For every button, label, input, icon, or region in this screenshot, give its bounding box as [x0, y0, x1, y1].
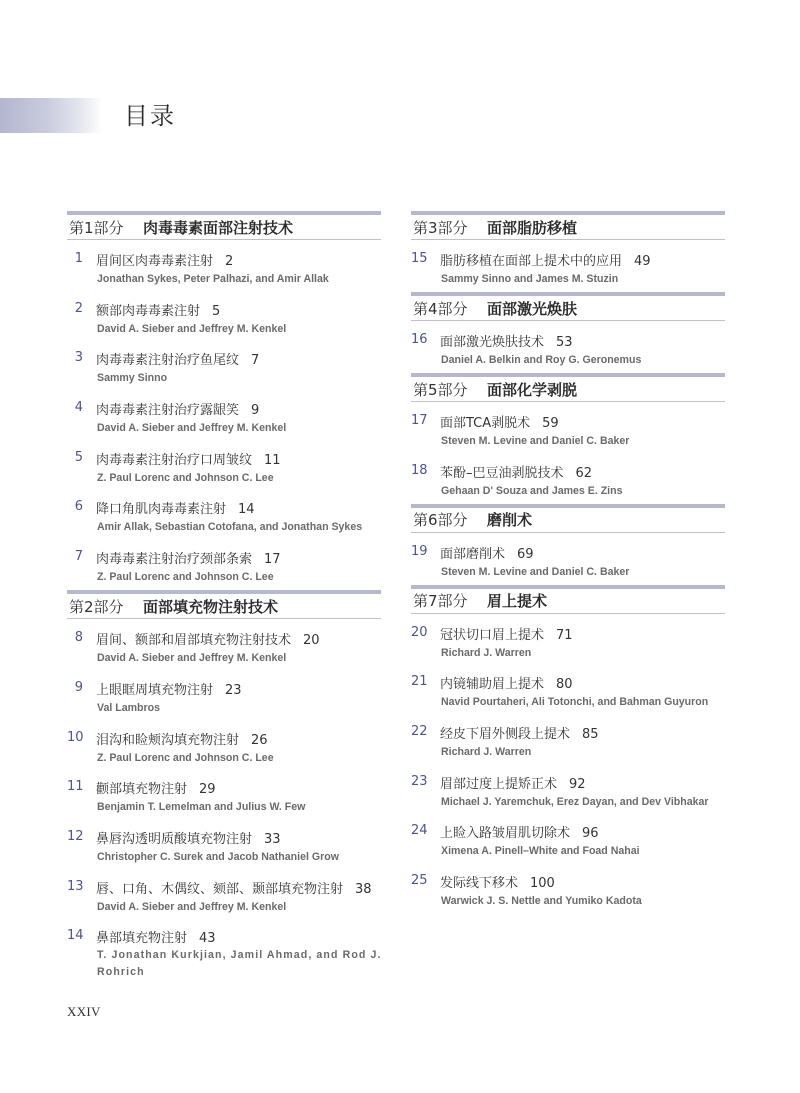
page-number: 7: [251, 353, 259, 368]
page-number: 11: [264, 453, 281, 468]
toc-right-column: 第3部分 面部脂肪移植 15脂肪移植在面部上提术中的应用49Sammy Sinn…: [411, 211, 725, 920]
chapter-number: 3: [67, 350, 83, 365]
chapter-authors: Amir Allak, Sebastian Cotofana, and Jona…: [97, 521, 362, 533]
page-folio: XXIV: [67, 1004, 101, 1020]
chapter-title: 肉毒毒素注射治疗口周皱纹: [96, 453, 252, 468]
chapter-authors: Sammy Sinno and James M. Stuzin: [441, 273, 618, 285]
chapter-number: 10: [67, 730, 83, 745]
page-number: 59: [542, 416, 559, 431]
chapter-authors: David A. Sieber and Jeffrey M. Kenkel: [97, 901, 286, 913]
chapter-authors: Z. Paul Lorenc and Johnson C. Lee: [97, 472, 274, 484]
part-label: 第1部分: [67, 217, 143, 238]
chapter-number: 5: [67, 450, 83, 465]
chapter-number: 16: [411, 332, 427, 347]
toc-entry-25[interactable]: 25发际线下移术100Warwick J. S. Nettle and Yumi…: [411, 870, 725, 920]
chapter-title: 上眼眶周填充物注射: [96, 683, 213, 698]
toc-entry-11[interactable]: 11颧部填充物注射29Benjamin T. Lemelman and Juli…: [67, 776, 381, 826]
chapter-authors: David A. Sieber and Jeffrey M. Kenkel: [97, 323, 286, 335]
chapter-title: 肉毒毒素注射治疗露龈笑: [96, 403, 239, 418]
chapter-number: 21: [411, 674, 427, 689]
part-title: 面部化学剥脱: [487, 379, 577, 400]
chapter-number: 8: [67, 630, 83, 645]
chapter-number: 4: [67, 400, 83, 415]
toc-entry-7[interactable]: 7肉毒毒素注射治疗颈部条索17Z. Paul Lorenc and Johnso…: [67, 546, 381, 590]
toc-entry-3[interactable]: 3肉毒毒素注射治疗鱼尾纹7Sammy Sinno: [67, 347, 381, 397]
chapter-title: 冠状切口眉上提术: [440, 628, 544, 643]
part-title: 磨削术: [487, 509, 532, 530]
chapter-title: 鼻部填充物注射: [96, 931, 187, 946]
chapter-authors: Navid Pourtaheri, Ali Totonchi, and Bahm…: [441, 696, 708, 708]
chapter-title: 面部激光焕肤技术: [440, 335, 544, 350]
part-header-6: 第6部分 磨削术: [411, 504, 725, 533]
part-label: 第3部分: [411, 217, 487, 238]
part-label: 第2部分: [67, 596, 143, 617]
toc-entry-5[interactable]: 5肉毒毒素注射治疗口周皱纹11Z. Paul Lorenc and Johnso…: [67, 447, 381, 497]
chapter-number: 15: [411, 251, 427, 266]
chapter-number: 24: [411, 823, 427, 838]
chapter-authors: Benjamin T. Lemelman and Julius W. Few: [97, 801, 305, 813]
toc-entry-12[interactable]: 12鼻唇沟透明质酸填充物注射33Christopher C. Surek and…: [67, 826, 381, 876]
part-label: 第7部分: [411, 590, 487, 611]
chapter-number: 1: [67, 251, 83, 266]
toc-entry-17[interactable]: 17面部TCA剥脱术59Steven M. Levine and Daniel …: [411, 410, 725, 460]
page-number: 92: [569, 777, 586, 792]
part-title: 面部激光焕肤: [487, 298, 577, 319]
page-number: 49: [634, 254, 651, 269]
chapter-authors: Daniel A. Belkin and Roy G. Geronemus: [441, 354, 641, 366]
chapter-title: 降口角肌肉毒毒素注射: [96, 502, 226, 517]
toc-entry-10[interactable]: 10泪沟和睑颊沟填充物注射26Z. Paul Lorenc and Johnso…: [67, 727, 381, 777]
page-number: 38: [355, 882, 372, 897]
toc-entry-15[interactable]: 15脂肪移植在面部上提术中的应用49Sammy Sinno and James …: [411, 248, 725, 292]
chapter-number: 20: [411, 625, 427, 640]
chapter-number: 17: [411, 413, 427, 428]
chapter-title: 上睑入路皱眉肌切除术: [440, 826, 570, 841]
toc-entry-21[interactable]: 21内镜辅助眉上提术80Navid Pourtaheri, Ali Totonc…: [411, 671, 725, 721]
title-accent-band: [0, 98, 102, 133]
chapter-title: 唇、口角、木偶纹、颏部、颞部填充物注射: [96, 882, 343, 897]
chapter-authors: David A. Sieber and Jeffrey M. Kenkel: [97, 422, 286, 434]
chapter-title: 面部TCA剥脱术: [440, 416, 530, 431]
part-title: 肉毒毒素面部注射技术: [143, 217, 293, 238]
chapter-title: 眉部过度上提矫正术: [440, 777, 557, 792]
chapter-number: 19: [411, 544, 427, 559]
toc-entry-19[interactable]: 19面部磨削术69Steven M. Levine and Daniel C. …: [411, 541, 725, 585]
chapter-number: 9: [67, 680, 83, 695]
chapter-number: 14: [67, 928, 83, 943]
chapter-authors: Z. Paul Lorenc and Johnson C. Lee: [97, 571, 274, 583]
toc-entry-18[interactable]: 18苯酚–巴豆油剥脱技术62Gehaan D' Souza and James …: [411, 460, 725, 504]
chapter-title: 泪沟和睑颊沟填充物注射: [96, 733, 239, 748]
toc-entry-8[interactable]: 8眉间、额部和眉部填充物注射技术20David A. Sieber and Je…: [67, 627, 381, 677]
chapter-title: 苯酚–巴豆油剥脱技术: [440, 466, 564, 481]
chapter-authors: Richard J. Warren: [441, 647, 531, 659]
toc-entry-24[interactable]: 24上睑入路皱眉肌切除术96Ximena A. Pinell–White and…: [411, 820, 725, 870]
part-header-2: 第2部分 面部填充物注射技术: [67, 590, 381, 619]
page-number: 23: [225, 683, 242, 698]
page-number: 96: [582, 826, 599, 841]
page-number: 62: [576, 466, 593, 481]
page-number: 43: [199, 931, 216, 946]
chapter-title: 内镜辅助眉上提术: [440, 677, 544, 692]
chapter-authors: Christopher C. Surek and Jacob Nathaniel…: [97, 851, 339, 863]
part-title: 眉上提术: [487, 590, 547, 611]
page-number: 17: [264, 552, 281, 567]
page-number: 29: [199, 782, 216, 797]
chapter-authors: Ximena A. Pinell–White and Foad Nahai: [441, 845, 640, 857]
page-number: 100: [530, 876, 555, 891]
toc-entry-13[interactable]: 13唇、口角、木偶纹、颏部、颞部填充物注射38David A. Sieber a…: [67, 876, 381, 926]
chapter-number: 7: [67, 549, 83, 564]
page-number: 69: [517, 547, 534, 562]
page-number: 85: [582, 727, 599, 742]
page-number: 71: [556, 628, 573, 643]
toc-entry-23[interactable]: 23眉部过度上提矫正术92Michael J. Yaremchuk, Erez …: [411, 771, 725, 821]
page-number: 5: [212, 304, 220, 319]
chapter-authors: Gehaan D' Souza and James E. Zins: [441, 485, 623, 497]
chapter-number: 11: [67, 779, 83, 794]
chapter-title: 经皮下眉外侧段上提术: [440, 727, 570, 742]
chapter-number: 13: [67, 879, 83, 894]
page-number: 9: [251, 403, 259, 418]
toc-entry-20[interactable]: 20冠状切口眉上提术71Richard J. Warren: [411, 622, 725, 672]
chapter-number: 22: [411, 724, 427, 739]
chapter-authors: Warwick J. S. Nettle and Yumiko Kadota: [441, 895, 642, 907]
chapter-number: 25: [411, 873, 427, 888]
chapter-title: 眉间、额部和眉部填充物注射技术: [96, 633, 291, 648]
part-label: 第5部分: [411, 379, 487, 400]
chapter-number: 23: [411, 774, 427, 789]
part-label: 第6部分: [411, 509, 487, 530]
part-label: 第4部分: [411, 298, 487, 319]
part-title: 面部填充物注射技术: [143, 596, 278, 617]
page-number: 33: [264, 832, 281, 847]
page-title: 目录: [124, 99, 176, 133]
chapter-number: 6: [67, 499, 83, 514]
toc-entry-6[interactable]: 6降口角肌肉毒毒素注射14Amir Allak, Sebastian Cotof…: [67, 496, 381, 546]
chapter-authors: Sammy Sinno: [97, 372, 167, 384]
toc-entry-1[interactable]: 1眉间区肉毒毒素注射2Jonathan Sykes, Peter Palhazi…: [67, 248, 381, 298]
chapter-title: 鼻唇沟透明质酸填充物注射: [96, 832, 252, 847]
part-header-5: 第5部分 面部化学剥脱: [411, 373, 725, 402]
chapter-authors: Steven M. Levine and Daniel C. Baker: [441, 566, 629, 578]
toc-entry-22[interactable]: 22经皮下眉外侧段上提术85Richard J. Warren: [411, 721, 725, 771]
chapter-title: 额部肉毒毒素注射: [96, 304, 200, 319]
page-number: 20: [303, 633, 320, 648]
chapter-title: 眉间区肉毒毒素注射: [96, 254, 213, 269]
page-number: 53: [556, 335, 573, 350]
page-number: 80: [556, 677, 573, 692]
page-number: 2: [225, 254, 233, 269]
toc-entry-14[interactable]: 14鼻部填充物注射43T. Jonathan Kurkjian, Jamil A…: [67, 925, 381, 987]
page-number: 26: [251, 733, 268, 748]
part-header-7: 第7部分 眉上提术: [411, 585, 725, 614]
chapter-authors: Michael J. Yaremchuk, Erez Dayan, and De…: [441, 796, 709, 808]
part-header-1: 第1部分 肉毒毒素面部注射技术: [67, 211, 381, 240]
chapter-title: 颧部填充物注射: [96, 782, 187, 797]
chapter-number: 2: [67, 301, 83, 316]
chapter-authors: Z. Paul Lorenc and Johnson C. Lee: [97, 752, 274, 764]
toc-left-column: 第1部分 肉毒毒素面部注射技术 1眉间区肉毒毒素注射2Jonathan Syke…: [67, 211, 381, 987]
chapter-title: 脂肪移植在面部上提术中的应用: [440, 254, 622, 269]
chapter-authors: Steven M. Levine and Daniel C. Baker: [441, 435, 629, 447]
chapter-authors: Jonathan Sykes, Peter Palhazi, and Amir …: [97, 273, 329, 285]
part-title: 面部脂肪移植: [487, 217, 577, 238]
toc-entry-2[interactable]: 2额部肉毒毒素注射5David A. Sieber and Jeffrey M.…: [67, 298, 381, 348]
chapter-number: 12: [67, 829, 83, 844]
toc-entry-4[interactable]: 4肉毒毒素注射治疗露龈笑9David A. Sieber and Jeffrey…: [67, 397, 381, 447]
chapter-title: 肉毒毒素注射治疗颈部条索: [96, 552, 252, 567]
chapter-authors: T. Jonathan Kurkjian, Jamil Ahmad, and R…: [97, 947, 387, 981]
page-number: 14: [238, 502, 255, 517]
chapter-authors: David A. Sieber and Jeffrey M. Kenkel: [97, 652, 286, 664]
part-header-3: 第3部分 面部脂肪移植: [411, 211, 725, 240]
chapter-title: 肉毒毒素注射治疗鱼尾纹: [96, 353, 239, 368]
chapter-title: 面部磨削术: [440, 547, 505, 562]
chapter-authors: Richard J. Warren: [441, 746, 531, 758]
toc-entry-9[interactable]: 9上眼眶周填充物注射23Val Lambros: [67, 677, 381, 727]
chapter-authors: Val Lambros: [97, 702, 160, 714]
chapter-number: 18: [411, 463, 427, 478]
toc-entry-16[interactable]: 16面部激光焕肤技术53Daniel A. Belkin and Roy G. …: [411, 329, 725, 373]
chapter-title: 发际线下移术: [440, 876, 518, 891]
part-header-4: 第4部分 面部激光焕肤: [411, 292, 725, 321]
